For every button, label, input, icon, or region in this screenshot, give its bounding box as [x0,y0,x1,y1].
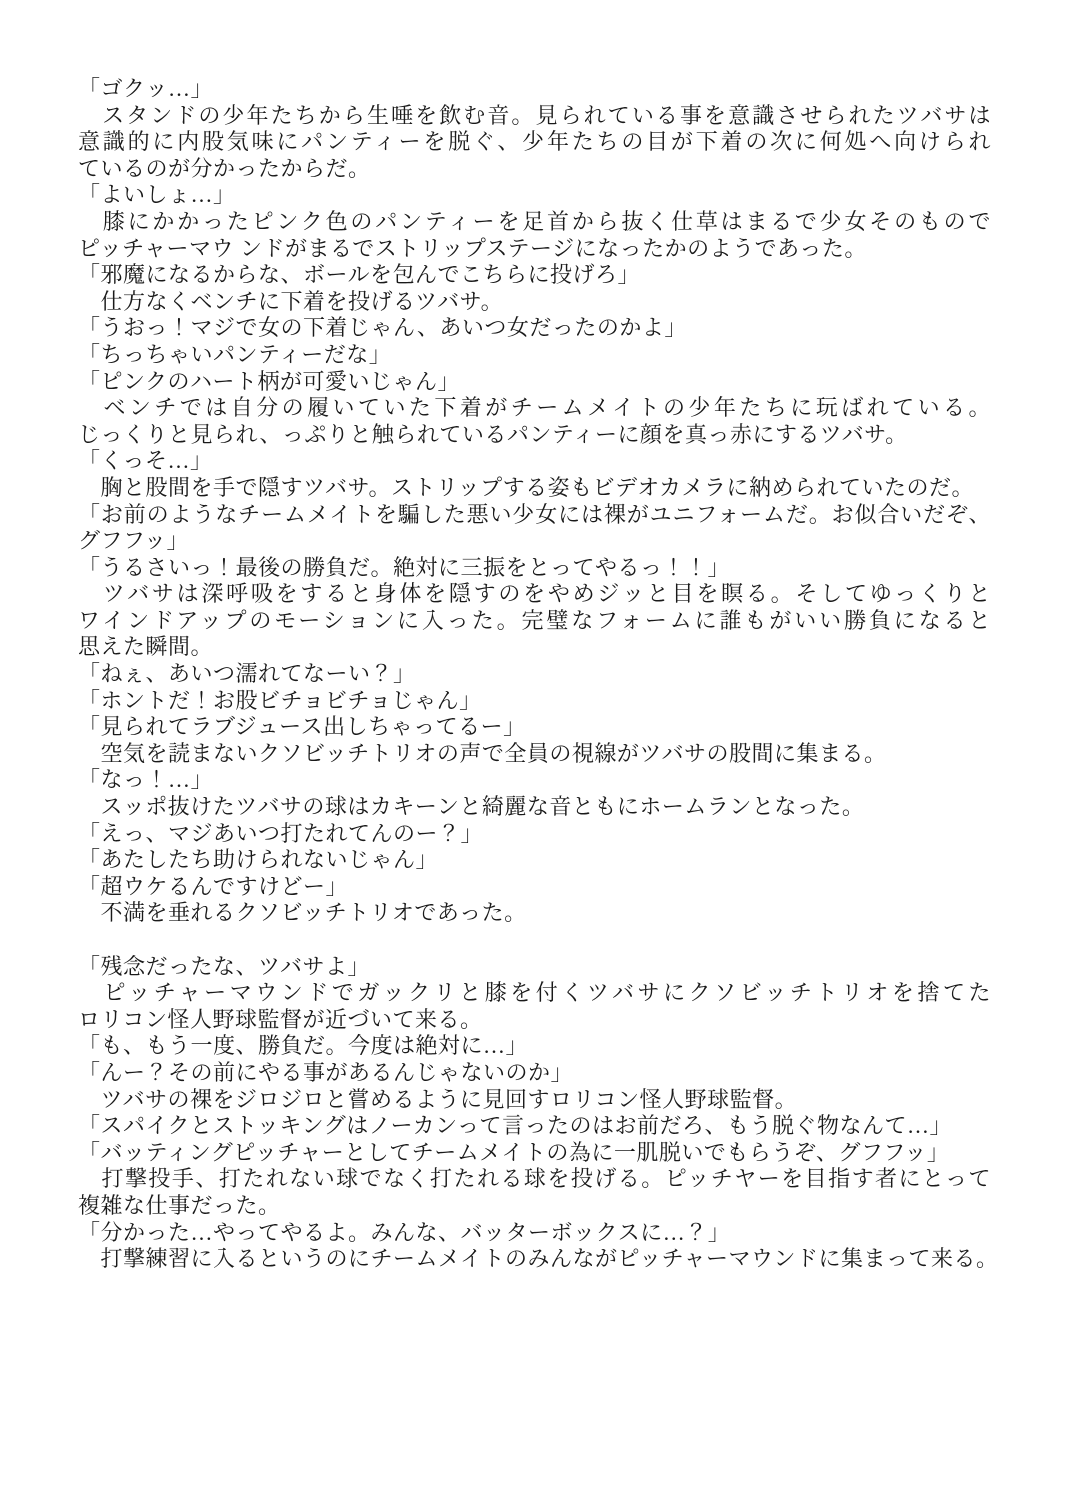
text-line: 「んー？その前にやる事があるんじゃないのか」 [78,1060,991,1087]
text-line: 「分かった…やってやるよ。みんな、バッターボックスに…？」 [78,1220,991,1247]
text-line: 「も、もう一度、勝負だ。今度は絶対に…」 [78,1033,991,1060]
text-line: グフフッ」 [78,528,991,555]
text-line: 「なっ！…」 [78,767,991,794]
text-line: 「ゴクッ…」 [78,76,991,103]
text-line: 「ホントだ！お股ビチョビチョじゃん」 [78,688,991,715]
text-line: ツバサは深呼吸をすると身体を隠すのをやめジッと目を瞑る。そしてゆっくりと [78,581,991,608]
text-line: ているのが分かったからだ。 [78,156,991,183]
text-line: 膝にかかったピンク色のパンティーを足首から抜く仕草はまるで少女そのもので [78,209,991,236]
text-line [78,927,991,954]
text-line: 打撃投手、打たれない球でなく打たれる球を投げる。ピッチヤーを目指す者にとって [78,1166,991,1193]
text-line: 「よいしょ…」 [78,182,991,209]
text-line: じっくりと見られ、っぷりと触られているパンティーに顔を真っ赤にするツバサ。 [78,422,991,449]
text-line: ツバサの裸をジロジロと嘗めるように見回すロリコン怪人野球監督。 [78,1087,991,1114]
text-line: 空気を読まないクソビッチトリオの声で全員の視線がツバサの股間に集まる。 [78,741,991,768]
text-block: 「ゴクッ…」 スタンドの少年たちから生唾を飲む音。見られている事を意識させられた… [78,76,991,1273]
text-line: ワインドアップのモーションに入った。完璧なフォームに誰もがいい勝負になると [78,608,991,635]
text-line: ベンチでは自分の履いていた下着がチームメイトの少年たちに玩ばれている。 [78,395,991,422]
text-line: 「うおっ！マジで女の下着じゃん、あいつ女だったのかよ」 [78,315,991,342]
text-line: 意識的に内股気味にパンティーを脱ぐ、少年たちの目が下着の次に何処へ向けられ [78,129,991,156]
text-line: 思えた瞬間。 [78,634,991,661]
text-line: 「残念だったな、ツバサよ」 [78,954,991,981]
text-line: 「ピンクのハート柄が可愛いじゃん」 [78,369,991,396]
text-line: 「スパイクとストッキングはノーカンって言ったのはお前だろ、もう脱ぐ物なんて…」 [78,1113,991,1140]
text-line: 「あたしたち助けられないじゃん」 [78,847,991,874]
text-line: 「お前のようなチームメイトを騙した悪い少女には裸がユニフォームだ。お似合いだぞ、 [78,502,991,529]
text-line: 打撃練習に入るというのにチームメイトのみんながピッチャーマウンドに集まって来る。 [78,1246,991,1273]
text-line: 複雑な仕事だった。 [78,1193,991,1220]
text-line: ロリコン怪人野球監督が近づいて来る。 [78,1007,991,1034]
text-line: 「バッティングピッチャーとしてチームメイトの為に一肌脱いでもらうぞ、グフフッ」 [78,1140,991,1167]
text-line: スッポ抜けたツバサの球はカキーンと綺麗な音ともにホームランとなった。 [78,794,991,821]
text-line: 胸と股間を手で隠すツバサ。ストリップする姿もビデオカメラに納められていたのだ。 [78,475,991,502]
text-line: 「くっそ…」 [78,448,991,475]
text-line: 「ちっちゃいパンティーだな」 [78,342,991,369]
text-line: 「ねぇ、あいつ濡れてなーい？」 [78,661,991,688]
text-line: 「見られてラブジュース出しちゃってるー」 [78,714,991,741]
text-line: ピッチャーマウ ンドがまるでストリップステージになったかのようであった。 [78,236,991,263]
text-line: スタンドの少年たちから生唾を飲む音。見られている事を意識させられたツバサは [78,103,991,130]
text-line: 仕方なくベンチに下着を投げるツバサ。 [78,289,991,316]
text-line: 「超ウケるんですけどー」 [78,874,991,901]
text-line: ピッチャーマウンドでガックリと膝を付くツバサにクソビッチトリオを捨てた [78,980,991,1007]
document-page: 「ゴクッ…」 スタンドの少年たちから生唾を飲む音。見られている事を意識させられた… [0,0,1072,1500]
text-line: 不満を垂れるクソビッチトリオであった。 [78,900,991,927]
text-line: 「うるさいっ！最後の勝負だ。絶対に三振をとってやるっ！！」 [78,555,991,582]
text-line: 「えっ、マジあいつ打たれてんのー？」 [78,821,991,848]
text-line: 「邪魔になるからな、ボールを包んでこちらに投げろ」 [78,262,991,289]
